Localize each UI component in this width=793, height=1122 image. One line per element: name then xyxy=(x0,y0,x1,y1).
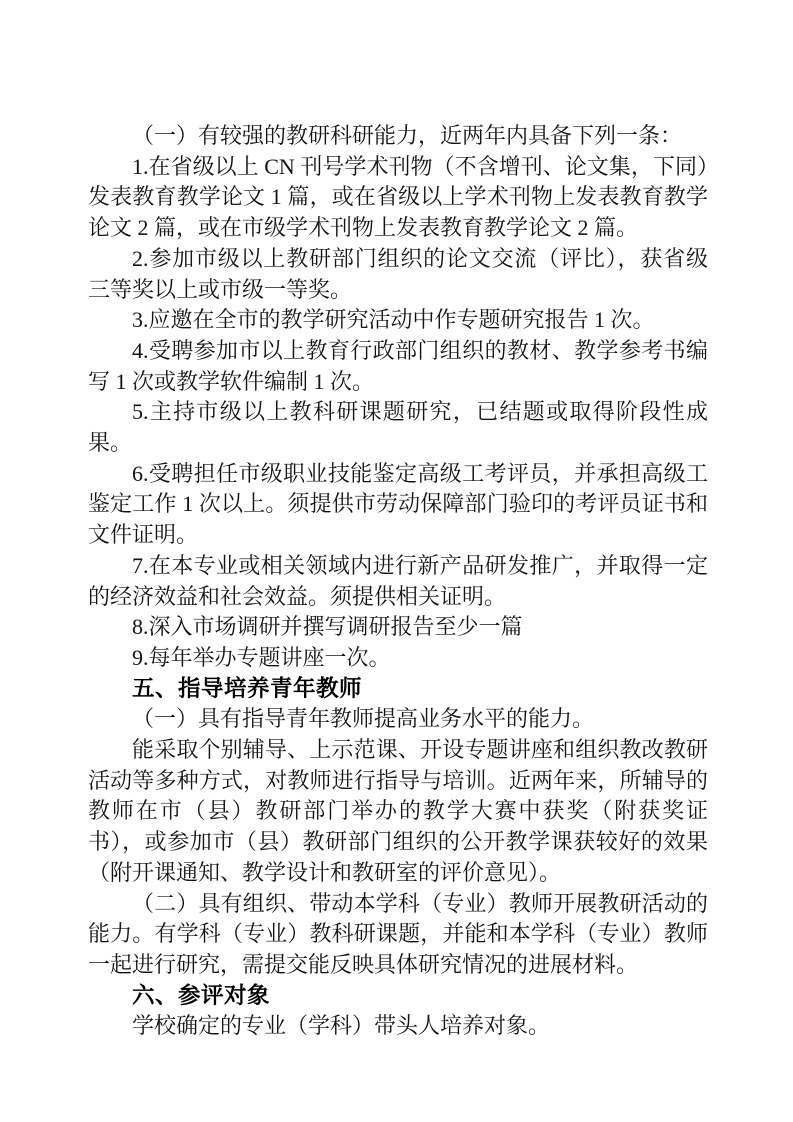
doc-paragraph-item-4: 4.受聘参加市以上教育行政部门组织的教材、教学参考书编写 1 次或教学软件编制 … xyxy=(88,336,708,397)
document-page: （一）有较强的教研科研能力，近两年内具备下列一条： 1.在省级以上 CN 刊号学… xyxy=(0,0,793,1122)
section-heading-five: 五、指导培养青年教师 xyxy=(88,674,708,705)
doc-paragraph-criterion-intro: （一）有较强的教研科研能力，近两年内具备下列一条： xyxy=(88,121,708,152)
doc-paragraph-sub-1: （一）具有指导青年教师提高业务水平的能力。 xyxy=(88,704,708,735)
doc-paragraph-item-1: 1.在省级以上 CN 刊号学术刊物（不含增刊、论文集，下同）发表教育教学论文 1… xyxy=(88,152,708,244)
doc-paragraph-item-7: 7.在本专业或相关领域内进行新产品研发推广，并取得一定的经济效益和社会效益。须提… xyxy=(88,551,708,612)
section-heading-six: 六、参评对象 xyxy=(88,981,708,1012)
document-content: （一）有较强的教研科研能力，近两年内具备下列一条： 1.在省级以上 CN 刊号学… xyxy=(88,121,708,1042)
doc-paragraph-item-6: 6.受聘担任市级职业技能鉴定高级工考评员，并承担高级工鉴定工作 1 次以上。须提… xyxy=(88,459,708,551)
doc-paragraph-eligibility: 学校确定的专业（学科）带头人培养对象。 xyxy=(88,1011,708,1042)
doc-paragraph-item-2: 2.参加市级以上教研部门组织的论文交流（评比），获省级三等奖以上或市级一等奖。 xyxy=(88,244,708,305)
doc-paragraph-item-3: 3.应邀在全市的教学研究活动中作专题研究报告 1 次。 xyxy=(88,305,708,336)
doc-paragraph-item-8: 8.深入市场调研并撰写调研报告至少一篇 xyxy=(88,612,708,643)
doc-paragraph-sub-2: （二）具有组织、带动本学科（专业）教师开展教研活动的能力。有学科（专业）教科研课… xyxy=(88,889,708,981)
doc-paragraph-sub-1-detail: 能采取个别辅导、上示范课、开设专题讲座和组织教改教研活动等多种方式，对教师进行指… xyxy=(88,735,708,889)
doc-paragraph-item-5: 5.主持市级以上教科研课题研究，已结题或取得阶段性成果。 xyxy=(88,397,708,458)
doc-paragraph-item-9: 9.每年举办专题讲座一次。 xyxy=(88,643,708,674)
